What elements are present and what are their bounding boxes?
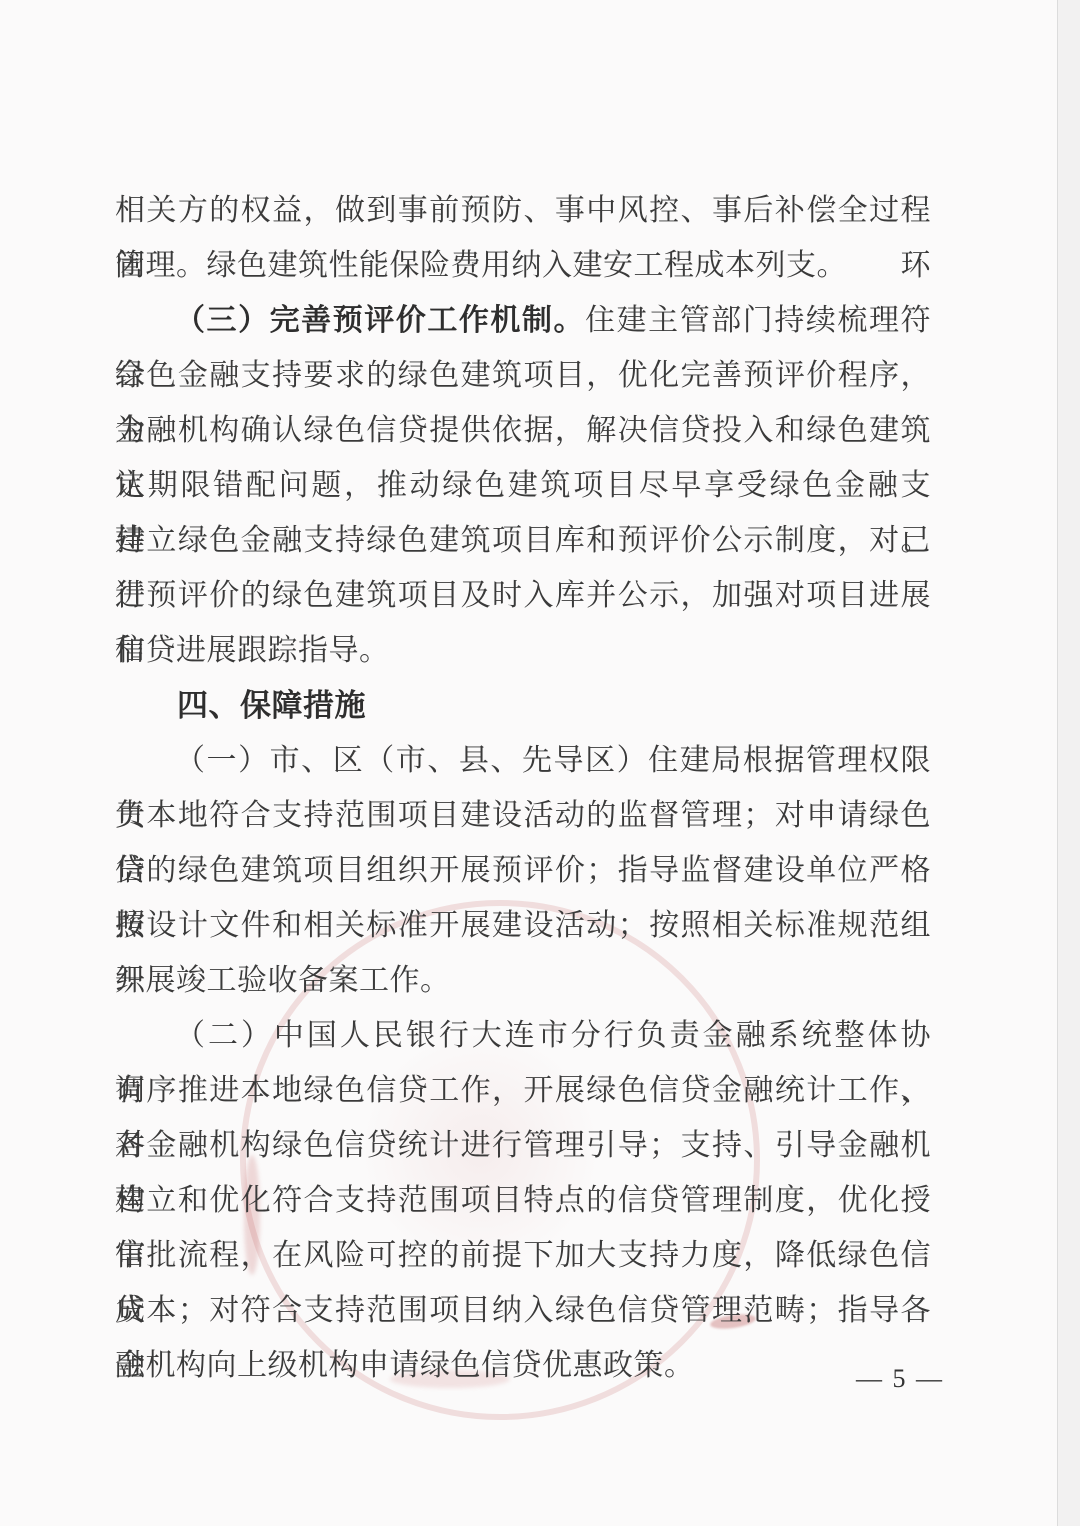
text-line: 定期限错配问题，推动绿色建筑项目尽早享受绿色金融支持。 xyxy=(115,458,931,513)
text-line: （二）中国人民银行大连市分行负责金融系统整体协调、 xyxy=(115,1008,931,1063)
text-line: 责本地符合支持范围项目建设活动的监督管理；对申请绿色信 xyxy=(115,788,931,843)
page-scan-edge xyxy=(1057,0,1080,1526)
text-line: （一）市、区（市、县、先导区）住建局根据管理权限负 xyxy=(115,733,931,788)
text-line: 相关方的权益，做到事前预防、事中风控、事后补偿全过程闭环 xyxy=(115,183,931,238)
text-line: 成本；对符合支持范围项目纳入绿色信贷管理范畴；指导各金 xyxy=(115,1283,931,1338)
section-heading: 四、保障措施 xyxy=(115,678,931,733)
text-segment: 开展竣工验收备案工作。 xyxy=(115,964,451,997)
text-line: 建立绿色金融支持绿色建筑项目库和预评价公示制度，对已进 xyxy=(115,513,931,568)
text-line: 审批流程，在风险可控的前提下加大支持力度，降低绿色信贷 xyxy=(115,1228,931,1283)
text-line: 照设计文件和相关标准开展建设活动；按照相关标准规范组织 xyxy=(115,898,931,953)
document-body: 相关方的权益，做到事前预防、事中风控、事后补偿全过程闭环管理。绿色建筑性能保险费… xyxy=(115,183,931,1393)
text-segment: 管理。绿色建筑性能保险费用纳入建安工程成本列支。 xyxy=(115,249,847,282)
text-line: 金融机构确认绿色信贷提供依据，解决信贷投入和绿色建筑认 xyxy=(115,403,931,458)
text-line: 行预评价的绿色建筑项目及时入库并公示，加强对项目进展和 xyxy=(115,568,931,623)
text-line: 建立和优化符合支持范围项目特点的信贷管理制度，优化授信 xyxy=(115,1173,931,1228)
text-line: 各金融机构绿色信贷统计进行管理引导；支持、引导金融机构 xyxy=(115,1118,931,1173)
bold-text-segment: （三）完善预评价工作机制。 xyxy=(175,304,585,337)
text-line: 融机构向上级机构申请绿色信贷优惠政策。 xyxy=(115,1338,931,1393)
text-line: （三）完善预评价工作机制。住建主管部门持续梳理符合 xyxy=(115,293,931,348)
text-segment: 信贷进展跟踪指导。 xyxy=(115,634,390,667)
text-line: 信贷进展跟踪指导。 xyxy=(115,623,931,678)
text-line: 管理。绿色建筑性能保险费用纳入建安工程成本列支。 xyxy=(115,238,931,293)
text-line: 开展竣工验收备案工作。 xyxy=(115,953,931,1008)
text-segment: 融机构向上级机构申请绿色信贷优惠政策。 xyxy=(115,1349,695,1382)
text-line: 有序推进本地绿色信贷工作，开展绿色信贷金融统计工作，对 xyxy=(115,1063,931,1118)
text-line: 绿色金融支持要求的绿色建筑项目，优化完善预评价程序，为 xyxy=(115,348,931,403)
page-number: — 5 — xyxy=(840,1362,960,1396)
bold-text-segment: 四、保障措施 xyxy=(177,688,366,723)
document-page: 相关方的权益，做到事前预防、事中风控、事后补偿全过程闭环管理。绿色建筑性能保险费… xyxy=(0,0,1080,1526)
text-line: 贷的绿色建筑项目组织开展预评价；指导监督建设单位严格按 xyxy=(115,843,931,898)
